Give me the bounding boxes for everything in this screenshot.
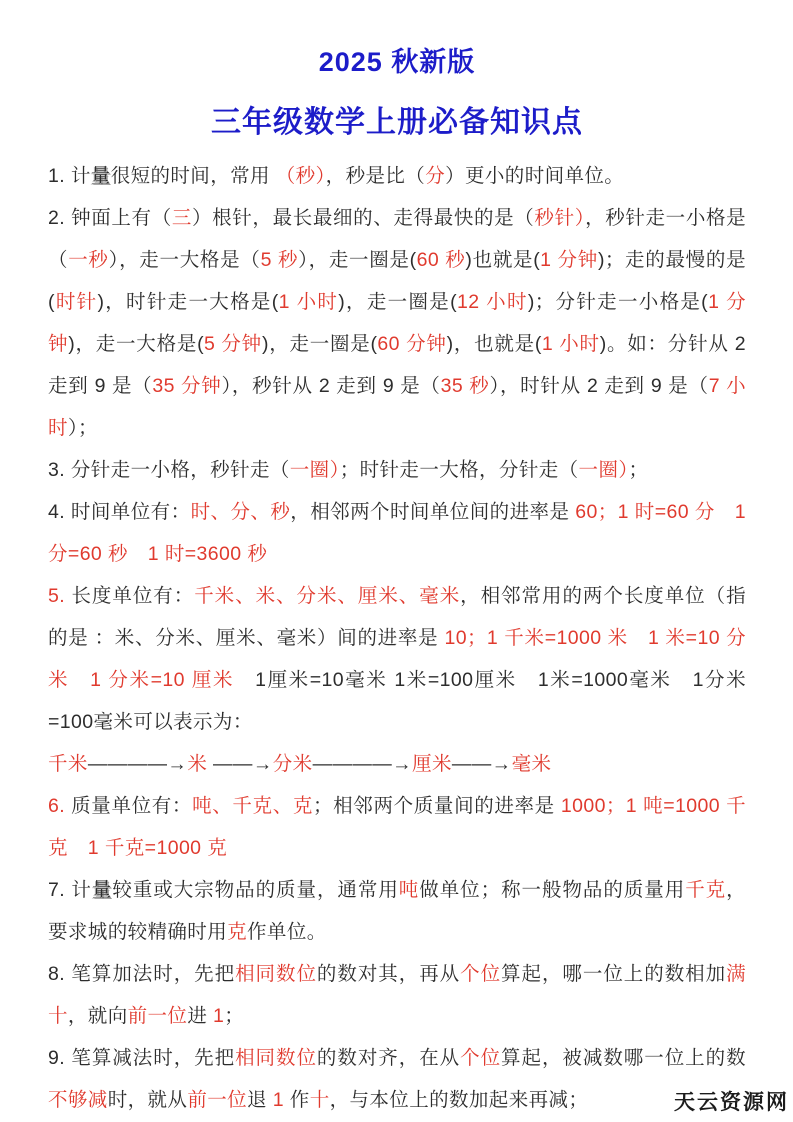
item-6-mass-units: 6. 质量单位有：吨、千克、克；相邻两个质量间的进率是 1000；1 吨=100… [48, 785, 746, 869]
highlighted-text: 5 秒 [261, 249, 299, 271]
highlighted-text: 1 [273, 1089, 284, 1111]
highlighted-text: 35 秒 [441, 375, 490, 397]
highlighted-text: 个位 [460, 1047, 501, 1069]
highlighted-text: 不够减 [48, 1089, 108, 1111]
length-unit-chain-diagram: 千米————→米 ——→分米————→厘米——→毫米 [48, 743, 746, 785]
body-text: 3. 分针走一小格，秒针走（ [48, 459, 290, 481]
body-text: 9. 笔算减法时，先把 [48, 1047, 235, 1069]
highlighted-text: 12 小时 [457, 291, 528, 313]
highlighted-text: 千克 [685, 879, 726, 901]
body-text: )，走一圈是( [262, 333, 377, 355]
body-text: ），走一圈是( [298, 249, 416, 271]
body-text: ），秒针从 2 走到 9 是（ [221, 375, 440, 397]
body-text: 算起，被减数哪一位上的数 [501, 1047, 746, 1069]
body-text: ）更小的时间单位。 [445, 165, 624, 187]
highlighted-text: 35 分钟 [152, 375, 221, 397]
highlighted-text: 60 秒 [417, 249, 466, 271]
body-text: ）； [68, 417, 98, 439]
body-text: 4. 时间单位有： [48, 501, 191, 523]
highlighted-text: 5. [48, 585, 65, 607]
highlighted-text: 吨、千克、克 [192, 795, 313, 817]
highlighted-text: 分 [425, 165, 445, 187]
highlighted-text: 一圈） [290, 459, 340, 481]
body-text: ），走一大格是（ [109, 249, 261, 271]
highlighted-text: 1 小时 [279, 291, 339, 313]
body-text: 的数对齐，在从 [317, 1047, 460, 1069]
body-text: 作单位。 [247, 921, 327, 943]
body-text: 进 [187, 1005, 213, 1027]
item-7-mass-usage: 7. 计量较重或大宗物品的质量，通常用吨做单位；称一般物品的质量用千克，要求城的… [48, 869, 746, 953]
body-text: 算起，哪一位上的数相加 [501, 963, 726, 985]
highlighted-text: 一圈） [579, 459, 629, 481]
body-text: ——→ [207, 753, 273, 775]
highlighted-text: 时针 [55, 291, 98, 313]
body-text: ————→ [313, 753, 413, 775]
body-text: )，也就是( [447, 333, 542, 355]
highlighted-text: 三 [172, 207, 192, 229]
body-text: ，就向 [68, 1005, 128, 1027]
page-title-edition: 2025 秋新版 [48, 46, 746, 78]
body-text: ； [629, 459, 649, 481]
item-5-length-units: 5. 长度单位有：千米、米、分米、厘米、毫米，相邻常用的两个长度单位（指的是 ：… [48, 575, 746, 743]
highlighted-text: 千米 [48, 753, 88, 775]
highlighted-text: （秒） [276, 165, 326, 187]
highlighted-text: 1 小时 [542, 333, 600, 355]
highlighted-text: 5 分钟 [204, 333, 262, 355]
highlighted-text: 分米 [273, 753, 313, 775]
body-text: 时，就从 [108, 1089, 188, 1111]
highlighted-text: 一秒 [68, 249, 108, 271]
body-text: 1. 计 [48, 165, 91, 187]
watermark-text: 天云资源网 [674, 1086, 789, 1116]
body-text: 质量单位有： [65, 795, 192, 817]
body-text: ； [224, 1005, 244, 1027]
document-body: 1. 计量很短的时间，常用 （秒），秒是比（分）更小的时间单位。2. 钟面上有（… [48, 155, 746, 1121]
highlighted-text: 克 [227, 921, 247, 943]
highlighted-text: 1 分钟 [540, 249, 598, 271]
highlighted-text: 相同数位 [235, 1047, 317, 1069]
highlighted-text: 前一位 [187, 1089, 247, 1111]
item-8-written-addition: 8. 笔算加法时，先把相同数位的数对其，再从个位算起，哪一位上的数相加满十，就向… [48, 953, 746, 1037]
body-text: ——→ [452, 753, 512, 775]
body-text: 量 [92, 879, 112, 901]
body-text: 2. 钟面上有（ [48, 207, 172, 229]
item-2-clock-hands: 2. 钟面上有（三）根针，最长最细的、走得最快的是（秒针），秒针走一小格是（一秒… [48, 197, 746, 449]
body-text: 的数对其，再从 [317, 963, 460, 985]
item-4-time-unit-rates: 4. 时间单位有：时、分、秒，相邻两个时间单位间的进率是 60；1 时=60 分… [48, 491, 746, 575]
item-9-written-subtraction: 9. 笔算减法时，先把相同数位的数对齐，在从个位算起，被减数哪一位上的数不够减时… [48, 1037, 746, 1121]
body-text: ，与本位上的数加起来再减； [330, 1089, 589, 1111]
body-text: 做单位；称一般物品的质量用 [419, 879, 685, 901]
highlighted-text: 时、分、秒 [191, 501, 291, 523]
highlighted-text: 千米、米、分米、厘米、毫米 [194, 585, 460, 607]
body-text: 8. 笔算加法时，先把 [48, 963, 235, 985]
highlighted-text: 个位 [460, 963, 501, 985]
body-text: ），时针从 2 走到 9 是（ [490, 375, 709, 397]
body-text: 7. 计 [48, 879, 92, 901]
highlighted-text: 60 分钟 [377, 333, 446, 355]
body-text: ，秒是比（ [326, 165, 426, 187]
body-text: )，走一圈是( [338, 291, 457, 313]
highlighted-text: 厘米 [412, 753, 452, 775]
highlighted-text: 米 [187, 753, 207, 775]
item-1-time-units-intro: 1. 计量很短的时间，常用 （秒），秒是比（分）更小的时间单位。 [48, 155, 746, 197]
highlighted-text: 秒针） [534, 207, 585, 229]
highlighted-text: 前一位 [128, 1005, 188, 1027]
body-text: )；分针走一小格是( [528, 291, 708, 313]
highlighted-text: 6. [48, 795, 65, 817]
body-text: )也就是( [465, 249, 540, 271]
highlighted-text: 相同数位 [235, 963, 317, 985]
body-text: )，时针走一大格是( [97, 291, 278, 313]
body-text: ————→ [88, 753, 188, 775]
body-text: ）根针，最长最细的、走得最快的是（ [192, 207, 534, 229]
body-text: 量 [91, 165, 111, 187]
highlighted-text: 十 [310, 1089, 330, 1111]
body-text: )，走一大格是( [68, 333, 204, 355]
body-text: 长度单位有： [65, 585, 194, 607]
item-3-hand-movement: 3. 分针走一小格，秒针走（一圈）；时针走一大格，分针走（一圈）； [48, 449, 746, 491]
body-text: 很短的时间，常用 [111, 165, 276, 187]
body-text: ，相邻两个时间单位间的进率是 [290, 501, 575, 523]
highlighted-text: 1 [213, 1005, 224, 1027]
body-text: ；相邻两个质量间的进率是 [313, 795, 561, 817]
highlighted-text: 毫米 [512, 753, 552, 775]
body-text: 作 [284, 1089, 310, 1111]
body-text: 退 [247, 1089, 273, 1111]
page-title-subject: 三年级数学上册必备知识点 [48, 105, 746, 141]
highlighted-text: 吨 [399, 879, 419, 901]
body-text: ；时针走一大格，分针走（ [340, 459, 579, 481]
document-page: 2025 秋新版 三年级数学上册必备知识点 1. 计量很短的时间，常用 （秒），… [0, 0, 793, 1122]
body-text: 较重或大宗物品的质量，通常用 [112, 879, 398, 901]
